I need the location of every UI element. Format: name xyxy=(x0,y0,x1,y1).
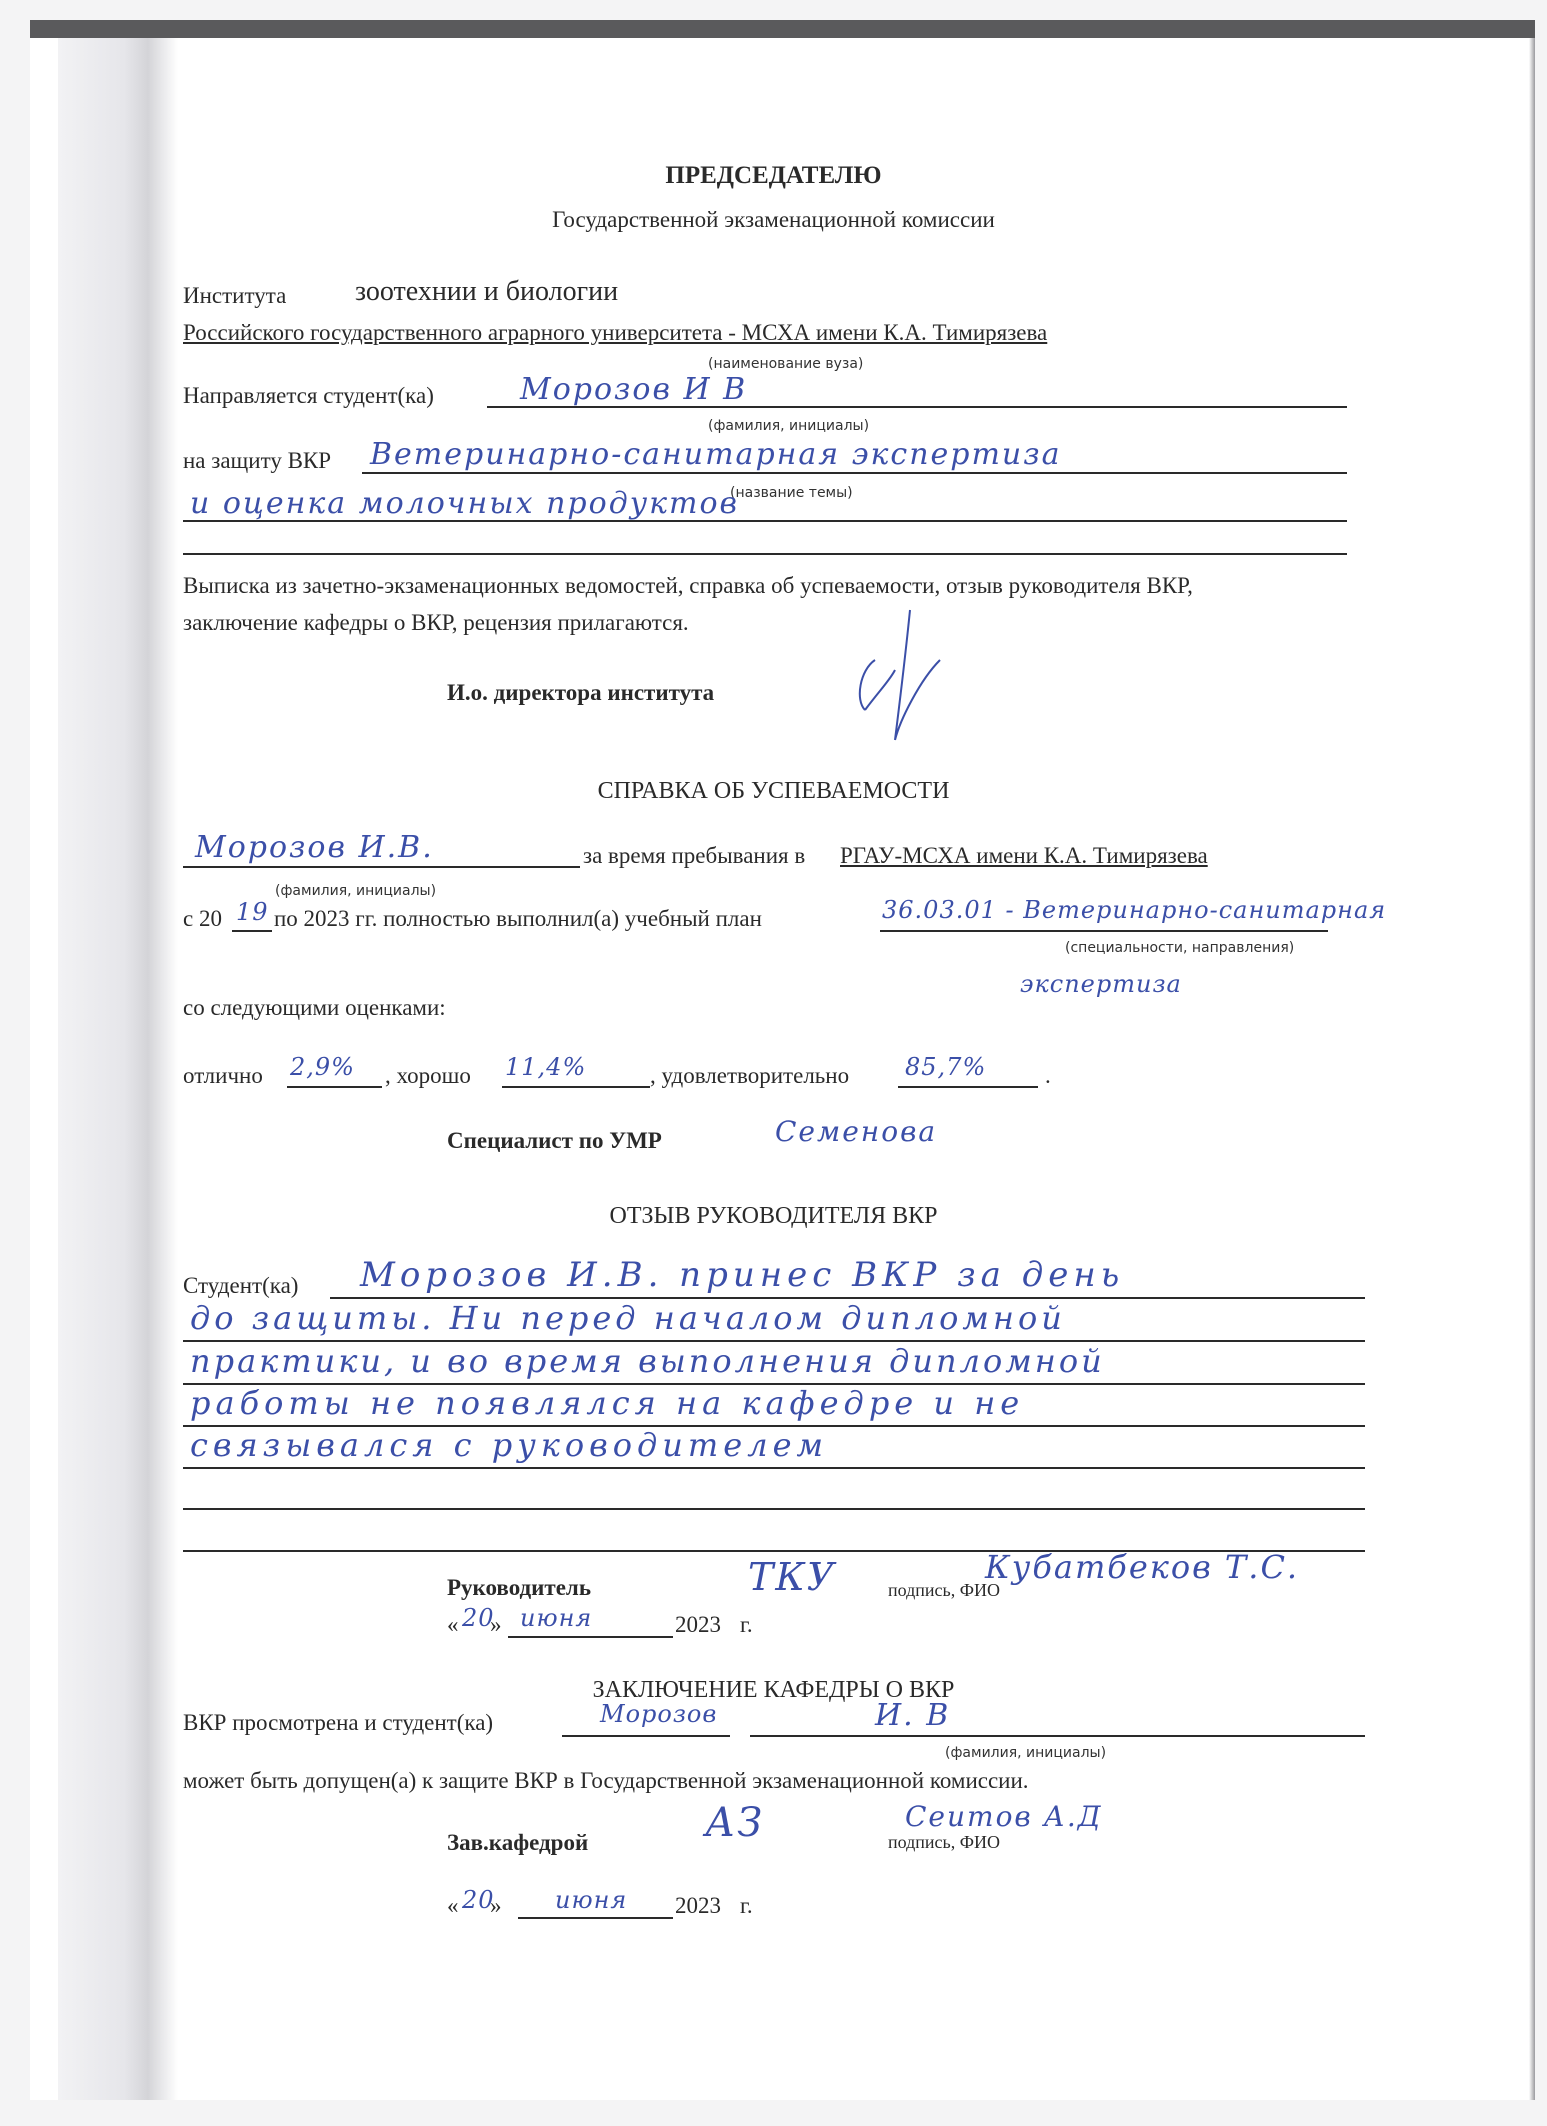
topic-field-value-2[interactable]: и оценка молочных продуктов xyxy=(190,486,739,521)
addressee-heading: ПРЕДСЕДАТЕЛЮ xyxy=(0,162,1547,190)
grade-good-line xyxy=(502,1086,650,1088)
specialty-caption: (специальности, направления) xyxy=(1065,940,1294,956)
grade-excellent-value[interactable]: 2,9% xyxy=(290,1053,355,1081)
commission-subheading: Государственной экзаменационной комиссии xyxy=(0,207,1547,233)
attachments-text-1: Выписка из зачетно-экзаменационных ведом… xyxy=(183,573,1193,599)
university-name: Российского государственного аграрного у… xyxy=(183,320,1047,346)
admission-text: может быть допущен(а) к защите ВКР в Гос… xyxy=(183,1768,1029,1794)
institute-label: Института xyxy=(183,283,286,309)
head-signature: АЗ xyxy=(705,1800,764,1846)
progress-student-line xyxy=(183,866,580,868)
review-text-5[interactable]: связывался с руководителем xyxy=(190,1426,828,1464)
conclusion-date-open-quote: « xyxy=(447,1893,459,1919)
supervisor-signature-caption: подпись, ФИО xyxy=(888,1580,1000,1601)
reviewed-label: ВКР просмотрена и студент(ка) xyxy=(183,1710,493,1736)
conclusion-date-month[interactable]: июня xyxy=(555,1886,627,1914)
director-label: И.о. директора института xyxy=(447,680,714,706)
supervisor-date-open-quote: « xyxy=(447,1612,459,1638)
director-signature-icon xyxy=(840,600,950,750)
student-surname-value[interactable]: Морозов xyxy=(600,1700,717,1728)
review-line-5 xyxy=(183,1467,1365,1469)
from-year-line xyxy=(232,930,272,932)
student-initials-line xyxy=(750,1735,1365,1737)
topic-label: на защиту ВКР xyxy=(183,448,331,474)
period-text: по 2023 гг. полностью выполнил(а) учебны… xyxy=(274,906,762,932)
specialty-value-1[interactable]: 36.03.01 - Ветеринарно-санитарная xyxy=(882,896,1386,924)
grades-intro: со следующими оценками: xyxy=(183,995,446,1021)
supervisor-label: Руководитель xyxy=(447,1575,591,1601)
supervisor-date-month-line xyxy=(508,1636,673,1638)
grades-end: . xyxy=(1045,1063,1051,1089)
specialist-label: Специалист по УМР xyxy=(447,1128,662,1154)
supervisor-date-suffix: г. xyxy=(740,1612,753,1638)
progress-student-caption: (фамилия, инициалы) xyxy=(275,883,436,899)
student-surname-line xyxy=(562,1735,730,1737)
grade-excellent-label: отлично xyxy=(183,1063,263,1089)
review-text-1[interactable]: Морозов И.В. принес ВКР за день xyxy=(360,1255,1124,1295)
progress-student-value[interactable]: Морозов И.В. xyxy=(195,830,434,865)
student-initials-value[interactable]: И. В xyxy=(875,1698,950,1733)
review-text-4[interactable]: работы не появлялся на кафедре и не xyxy=(190,1384,1024,1422)
conclusion-date-month-line xyxy=(518,1917,673,1919)
progress-report-title: СПРАВКА ОБ УСПЕВАЕМОСТИ xyxy=(0,778,1547,805)
grade-satisfactory-value[interactable]: 85,7% xyxy=(905,1053,986,1081)
grade-satisfactory-line xyxy=(898,1086,1038,1088)
supervisor-date-close-quote: » xyxy=(490,1612,502,1638)
head-signature-caption: подпись, ФИО xyxy=(888,1832,1000,1853)
grade-excellent-line xyxy=(287,1086,382,1088)
student-label: Направляется студент(ка) xyxy=(183,383,434,409)
supervisor-date-year: 2023 xyxy=(675,1612,721,1638)
conclusion-student-caption: (фамилия, инициалы) xyxy=(945,1745,1106,1761)
topic-field-line-3 xyxy=(183,553,1347,555)
topic-field-value-1[interactable]: Ветеринарно-санитарная экспертиза xyxy=(370,437,1062,472)
review-line-6 xyxy=(183,1508,1365,1510)
specialty-value-2[interactable]: экспертиза xyxy=(1020,970,1182,998)
specialty-line xyxy=(880,930,1328,932)
from-year-value[interactable]: 19 xyxy=(236,898,269,926)
supervisor-name: Кубатбеков Т.С. xyxy=(985,1548,1299,1586)
conclusion-date-year: 2023 xyxy=(675,1893,721,1919)
grade-good-label: , хорошо xyxy=(385,1063,471,1089)
head-label: Зав.кафедрой xyxy=(447,1830,588,1856)
stay-text: за время пребывания в xyxy=(583,843,805,869)
grade-satisfactory-label: , удовлетворительно xyxy=(650,1063,849,1089)
review-student-label: Студент(ка) xyxy=(183,1273,298,1299)
head-name: Сеитов А.Д xyxy=(905,1800,1103,1833)
attachments-text-2: заключение кафедры о ВКР, рецензия прила… xyxy=(183,610,689,636)
student-field-value[interactable]: Морозов И В xyxy=(520,372,747,407)
conclusion-date-close-quote: » xyxy=(490,1893,502,1919)
review-text-3[interactable]: практики, и во время выполнения дипломно… xyxy=(190,1342,1105,1380)
university-caption: (наименование вуза) xyxy=(708,356,863,372)
department-conclusion-title: ЗАКЛЮЧЕНИЕ КАФЕДРЫ О ВКР xyxy=(0,1677,1547,1704)
supervisor-date-month[interactable]: июня xyxy=(520,1604,592,1632)
institute-name: зоотехнии и биологии xyxy=(355,276,618,308)
student-caption: (фамилия, инициалы) xyxy=(708,418,869,434)
specialist-signature: Семенова xyxy=(775,1115,937,1148)
university-short: РГАУ-МСХА имени К.А. Тимирязева xyxy=(840,843,1208,869)
topic-caption: (название темы) xyxy=(730,485,853,501)
review-text-2[interactable]: до защиты. Ни перед началом дипломной xyxy=(190,1299,1066,1337)
conclusion-date-suffix: г. xyxy=(740,1893,753,1919)
page-edge-shadow xyxy=(1529,38,1535,2100)
supervisor-signature: ТКУ xyxy=(748,1555,836,1599)
page-fold-shadow xyxy=(58,38,178,2100)
grade-good-value[interactable]: 11,4% xyxy=(505,1053,586,1081)
supervisor-review-title: ОТЗЫВ РУКОВОДИТЕЛЯ ВКР xyxy=(0,1203,1547,1230)
topic-field-line-1 xyxy=(362,472,1347,474)
from-year-prefix: с 20 xyxy=(183,906,222,932)
